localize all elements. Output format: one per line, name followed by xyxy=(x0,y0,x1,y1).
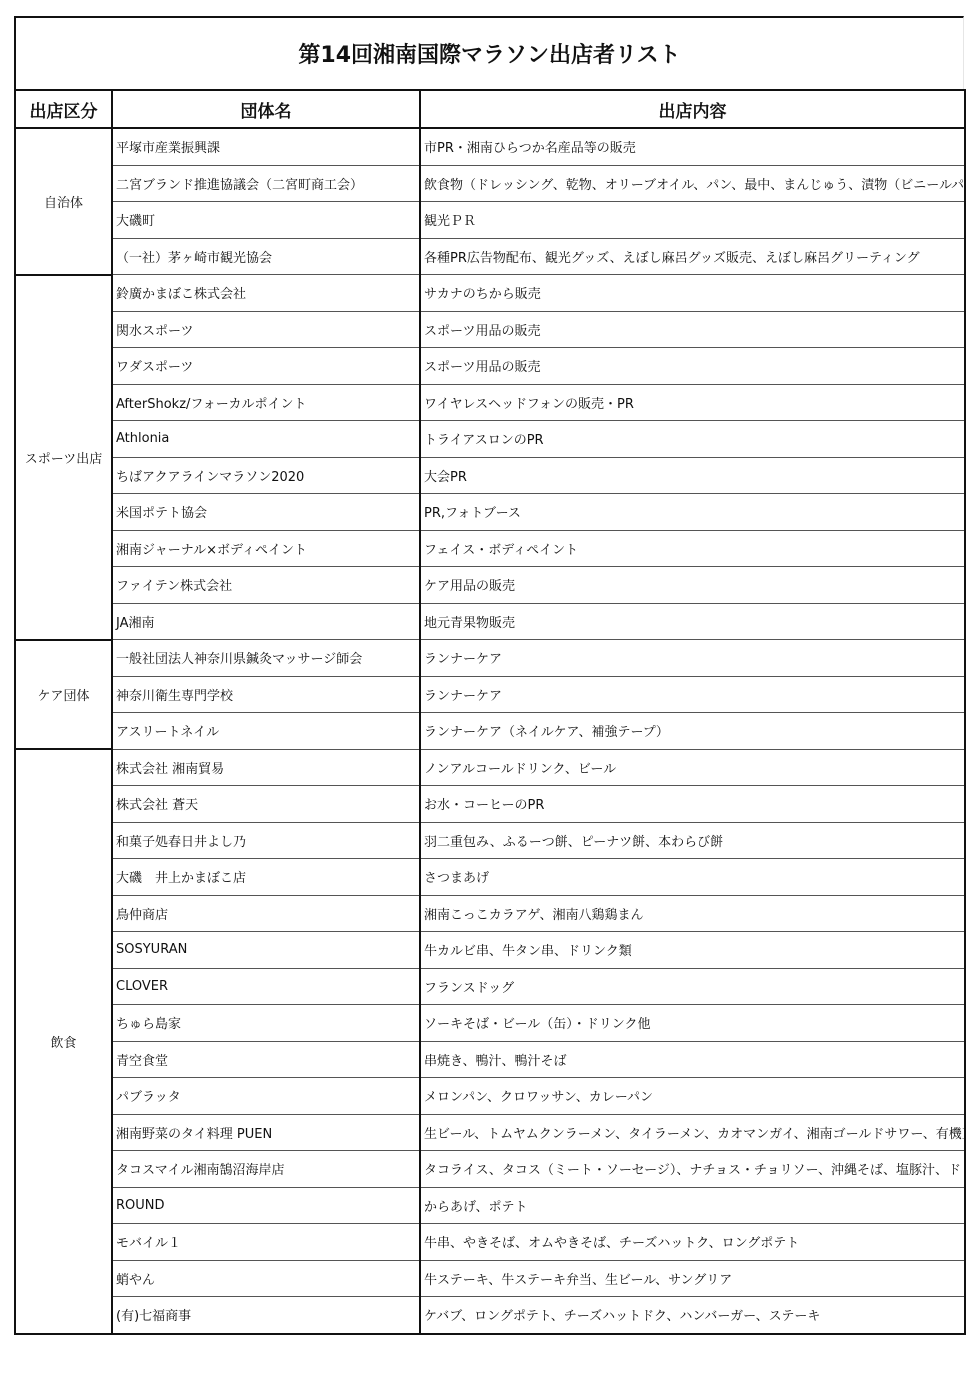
content-cell: トライアスロンのPR xyxy=(420,421,965,458)
content-cell: ノンアルコールドリンク、ビール xyxy=(420,749,965,786)
organization-cell: 蛸やん xyxy=(112,1260,420,1297)
table-row: 神奈川衛生専門学校 ランナーケア xyxy=(15,676,965,713)
organization-cell: 鳥仲商店 xyxy=(112,895,420,932)
organization-cell: 青空食堂 xyxy=(112,1041,420,1078)
exhibitor-list-sheet: 第14回湘南国際マラソン出店者リスト 出店区分 団体名 出店内容 自治体 平塚市… xyxy=(14,16,964,1335)
content-cell: 飲食物（ドレッシング、乾物、オリーブオイル、パン、最中、まんじゅう、漬物（ビニー… xyxy=(420,165,965,202)
table-row: 自治体 平塚市産業振興課 市PR・湘南ひらつか名産品等の販売 xyxy=(15,128,965,165)
content-cell: ケア用品の販売 xyxy=(420,567,965,604)
document-title: 第14回湘南国際マラソン出店者リスト xyxy=(298,38,680,69)
content-cell: 牛串、やきそば、オムやきそば、チーズハットク、ロングポテト xyxy=(420,1224,965,1261)
content-cell: 羽二重包み、ふるーつ餅、ピーナツ餅、本わらび餅 xyxy=(420,822,965,859)
organization-cell: Athlonia xyxy=(112,421,420,458)
content-cell: 生ビール、トムヤムクンラーメン、タイラーメン、カオマンガイ、湘南ゴールドサワー、… xyxy=(420,1114,965,1151)
table-row: ケア団体 一般社団法人神奈川県鍼灸マッサージ師会 ランナーケア xyxy=(15,640,965,677)
content-cell: ランナーケア xyxy=(420,676,965,713)
organization-cell: ファイテン株式会社 xyxy=(112,567,420,604)
organization-cell: 米国ポテト協会 xyxy=(112,494,420,531)
organization-cell: 大磯町 xyxy=(112,202,420,239)
organization-cell: （一社）茅ヶ崎市観光協会 xyxy=(112,238,420,275)
table-row: スポーツ出店 鈴廣かまぼこ株式会社 サカナのちから販売 xyxy=(15,275,965,312)
table-row: 関水スポーツ スポーツ用品の販売 xyxy=(15,311,965,348)
organization-cell: ちばアクアラインマラソン2020 xyxy=(112,457,420,494)
table-row: モバイル１ 牛串、やきそば、オムやきそば、チーズハットク、ロングポテト xyxy=(15,1224,965,1261)
content-cell: 牛ステーキ、牛ステーキ弁当、生ビール、サングリア xyxy=(420,1260,965,1297)
table-row: 和菓子処春日井よし乃 羽二重包み、ふるーつ餅、ピーナツ餅、本わらび餅 xyxy=(15,822,965,859)
content-cell: 湘南こっこカラアゲ、湘南八鶏鶏まん xyxy=(420,895,965,932)
content-cell: フェイス・ボディペイント xyxy=(420,530,965,567)
organization-cell: ワダスポーツ xyxy=(112,348,420,385)
content-cell: ワイヤレスヘッドフォンの販売・PR xyxy=(420,384,965,421)
table-row: 蛸やん 牛ステーキ、牛ステーキ弁当、生ビール、サングリア xyxy=(15,1260,965,1297)
content-cell: PR,フォトブース xyxy=(420,494,965,531)
table-row: 青空食堂 串焼き、鴨汁、鴨汁そば xyxy=(15,1041,965,1078)
table-row: 湘南ジャーナル×ボディペイント フェイス・ボディペイント xyxy=(15,530,965,567)
content-cell: メロンパン、クロワッサン、カレーパン xyxy=(420,1078,965,1115)
organization-cell: 和菓子処春日井よし乃 xyxy=(112,822,420,859)
organization-cell: AfterShokz/フォーカルポイント xyxy=(112,384,420,421)
organization-cell: 湘南野菜のタイ料理 PUEN xyxy=(112,1114,420,1151)
organization-cell: 関水スポーツ xyxy=(112,311,420,348)
table-row: 米国ポテト協会 PR,フォトブース xyxy=(15,494,965,531)
organization-cell: 湘南ジャーナル×ボディペイント xyxy=(112,530,420,567)
organization-cell: 大磯 井上かまぼこ店 xyxy=(112,859,420,896)
table-row: 株式会社 蒼天 お水・コーヒーのPR xyxy=(15,786,965,823)
organization-cell: SOSYURAN xyxy=(112,932,420,969)
content-cell: フランスドッグ xyxy=(420,968,965,1005)
category-cell: スポーツ出店 xyxy=(15,275,112,640)
organization-cell: 一般社団法人神奈川県鍼灸マッサージ師会 xyxy=(112,640,420,677)
organization-cell: モバイル１ xyxy=(112,1224,420,1261)
header-organization: 団体名 xyxy=(112,90,420,128)
exhibitor-table: 出店区分 団体名 出店内容 自治体 平塚市産業振興課 市PR・湘南ひらつか名産品… xyxy=(14,89,966,1335)
organization-cell: ちゅら島家 xyxy=(112,1005,420,1042)
organization-cell: JA湘南 xyxy=(112,603,420,640)
table-row: パブラッタ メロンパン、クロワッサン、カレーパン xyxy=(15,1078,965,1115)
content-cell: からあげ、ポテト xyxy=(420,1187,965,1224)
organization-cell: タコスマイル湘南鵠沼海岸店 xyxy=(112,1151,420,1188)
table-row: 湘南野菜のタイ料理 PUEN 生ビール、トムヤムクンラーメン、タイラーメン、カオ… xyxy=(15,1114,965,1151)
organization-cell: (有)七福商事 xyxy=(112,1297,420,1334)
organization-cell: 株式会社 湘南貿易 xyxy=(112,749,420,786)
organization-cell: ROUND xyxy=(112,1187,420,1224)
organization-cell: CLOVER xyxy=(112,968,420,1005)
content-cell: タコライス、タコス（ミート・ソーセージ）、ナチョス・チョリソー、沖縄そば、塩豚汁… xyxy=(420,1151,965,1188)
table-row: (有)七福商事 ケバブ、ロングポテト、チーズハットドク、ハンバーガー、ステーキ xyxy=(15,1297,965,1334)
table-row: AfterShokz/フォーカルポイント ワイヤレスヘッドフォンの販売・PR xyxy=(15,384,965,421)
organization-cell: 株式会社 蒼天 xyxy=(112,786,420,823)
table-row: ちばアクアラインマラソン2020 大会PR xyxy=(15,457,965,494)
table-row: Athlonia トライアスロンのPR xyxy=(15,421,965,458)
header-category: 出店区分 xyxy=(15,90,112,128)
table-row: 飲食 株式会社 湘南貿易 ノンアルコールドリンク、ビール xyxy=(15,749,965,786)
category-cell: 自治体 xyxy=(15,128,112,275)
table-row: JA湘南 地元青果物販売 xyxy=(15,603,965,640)
content-cell: ソーキそば・ビール（缶）・ドリンク他 xyxy=(420,1005,965,1042)
content-cell: さつまあげ xyxy=(420,859,965,896)
content-cell: ケバブ、ロングポテト、チーズハットドク、ハンバーガー、ステーキ xyxy=(420,1297,965,1334)
table-row: 大磯町 観光ＰＲ xyxy=(15,202,965,239)
table-row: CLOVER フランスドッグ xyxy=(15,968,965,1005)
content-cell: 大会PR xyxy=(420,457,965,494)
table-row: タコスマイル湘南鵠沼海岸店 タコライス、タコス（ミート・ソーセージ）、ナチョス・… xyxy=(15,1151,965,1188)
content-cell: スポーツ用品の販売 xyxy=(420,311,965,348)
category-cell: 飲食 xyxy=(15,749,112,1334)
table-row: 大磯 井上かまぼこ店 さつまあげ xyxy=(15,859,965,896)
content-cell: 観光ＰＲ xyxy=(420,202,965,239)
content-cell: スポーツ用品の販売 xyxy=(420,348,965,385)
category-cell: ケア団体 xyxy=(15,640,112,750)
content-cell: 市PR・湘南ひらつか名産品等の販売 xyxy=(420,128,965,165)
table-row: 鳥仲商店 湘南こっこカラアゲ、湘南八鶏鶏まん xyxy=(15,895,965,932)
table-row: ワダスポーツ スポーツ用品の販売 xyxy=(15,348,965,385)
content-cell: 各種PR広告物配布、観光グッズ、えぼし麻呂グッズ販売、えぼし麻呂グリーティング xyxy=(420,238,965,275)
content-cell: ランナーケア（ネイルケア、補強テープ） xyxy=(420,713,965,750)
table-row: アスリートネイル ランナーケア（ネイルケア、補強テープ） xyxy=(15,713,965,750)
content-cell: お水・コーヒーのPR xyxy=(420,786,965,823)
table-row: ROUND からあげ、ポテト xyxy=(15,1187,965,1224)
table-row: SOSYURAN 牛カルビ串、牛タン串、ドリンク類 xyxy=(15,932,965,969)
table-row: 二宮ブランド推進協議会（二宮町商工会） 飲食物（ドレッシング、乾物、オリーブオイ… xyxy=(15,165,965,202)
organization-cell: 二宮ブランド推進協議会（二宮町商工会） xyxy=(112,165,420,202)
content-cell: 牛カルビ串、牛タン串、ドリンク類 xyxy=(420,932,965,969)
header-row: 出店区分 団体名 出店内容 xyxy=(15,90,965,128)
title-box: 第14回湘南国際マラソン出店者リスト xyxy=(14,16,964,89)
table-row: （一社）茅ヶ崎市観光協会 各種PR広告物配布、観光グッズ、えぼし麻呂グッズ販売、… xyxy=(15,238,965,275)
content-cell: ランナーケア xyxy=(420,640,965,677)
content-cell: 地元青果物販売 xyxy=(420,603,965,640)
organization-cell: 平塚市産業振興課 xyxy=(112,128,420,165)
table-body: 自治体 平塚市産業振興課 市PR・湘南ひらつか名産品等の販売 二宮ブランド推進協… xyxy=(15,128,965,1334)
header-content: 出店内容 xyxy=(420,90,965,128)
table-row: ファイテン株式会社 ケア用品の販売 xyxy=(15,567,965,604)
table-row: ちゅら島家 ソーキそば・ビール（缶）・ドリンク他 xyxy=(15,1005,965,1042)
organization-cell: アスリートネイル xyxy=(112,713,420,750)
content-cell: サカナのちから販売 xyxy=(420,275,965,312)
content-cell: 串焼き、鴨汁、鴨汁そば xyxy=(420,1041,965,1078)
organization-cell: 鈴廣かまぼこ株式会社 xyxy=(112,275,420,312)
organization-cell: パブラッタ xyxy=(112,1078,420,1115)
organization-cell: 神奈川衛生専門学校 xyxy=(112,676,420,713)
